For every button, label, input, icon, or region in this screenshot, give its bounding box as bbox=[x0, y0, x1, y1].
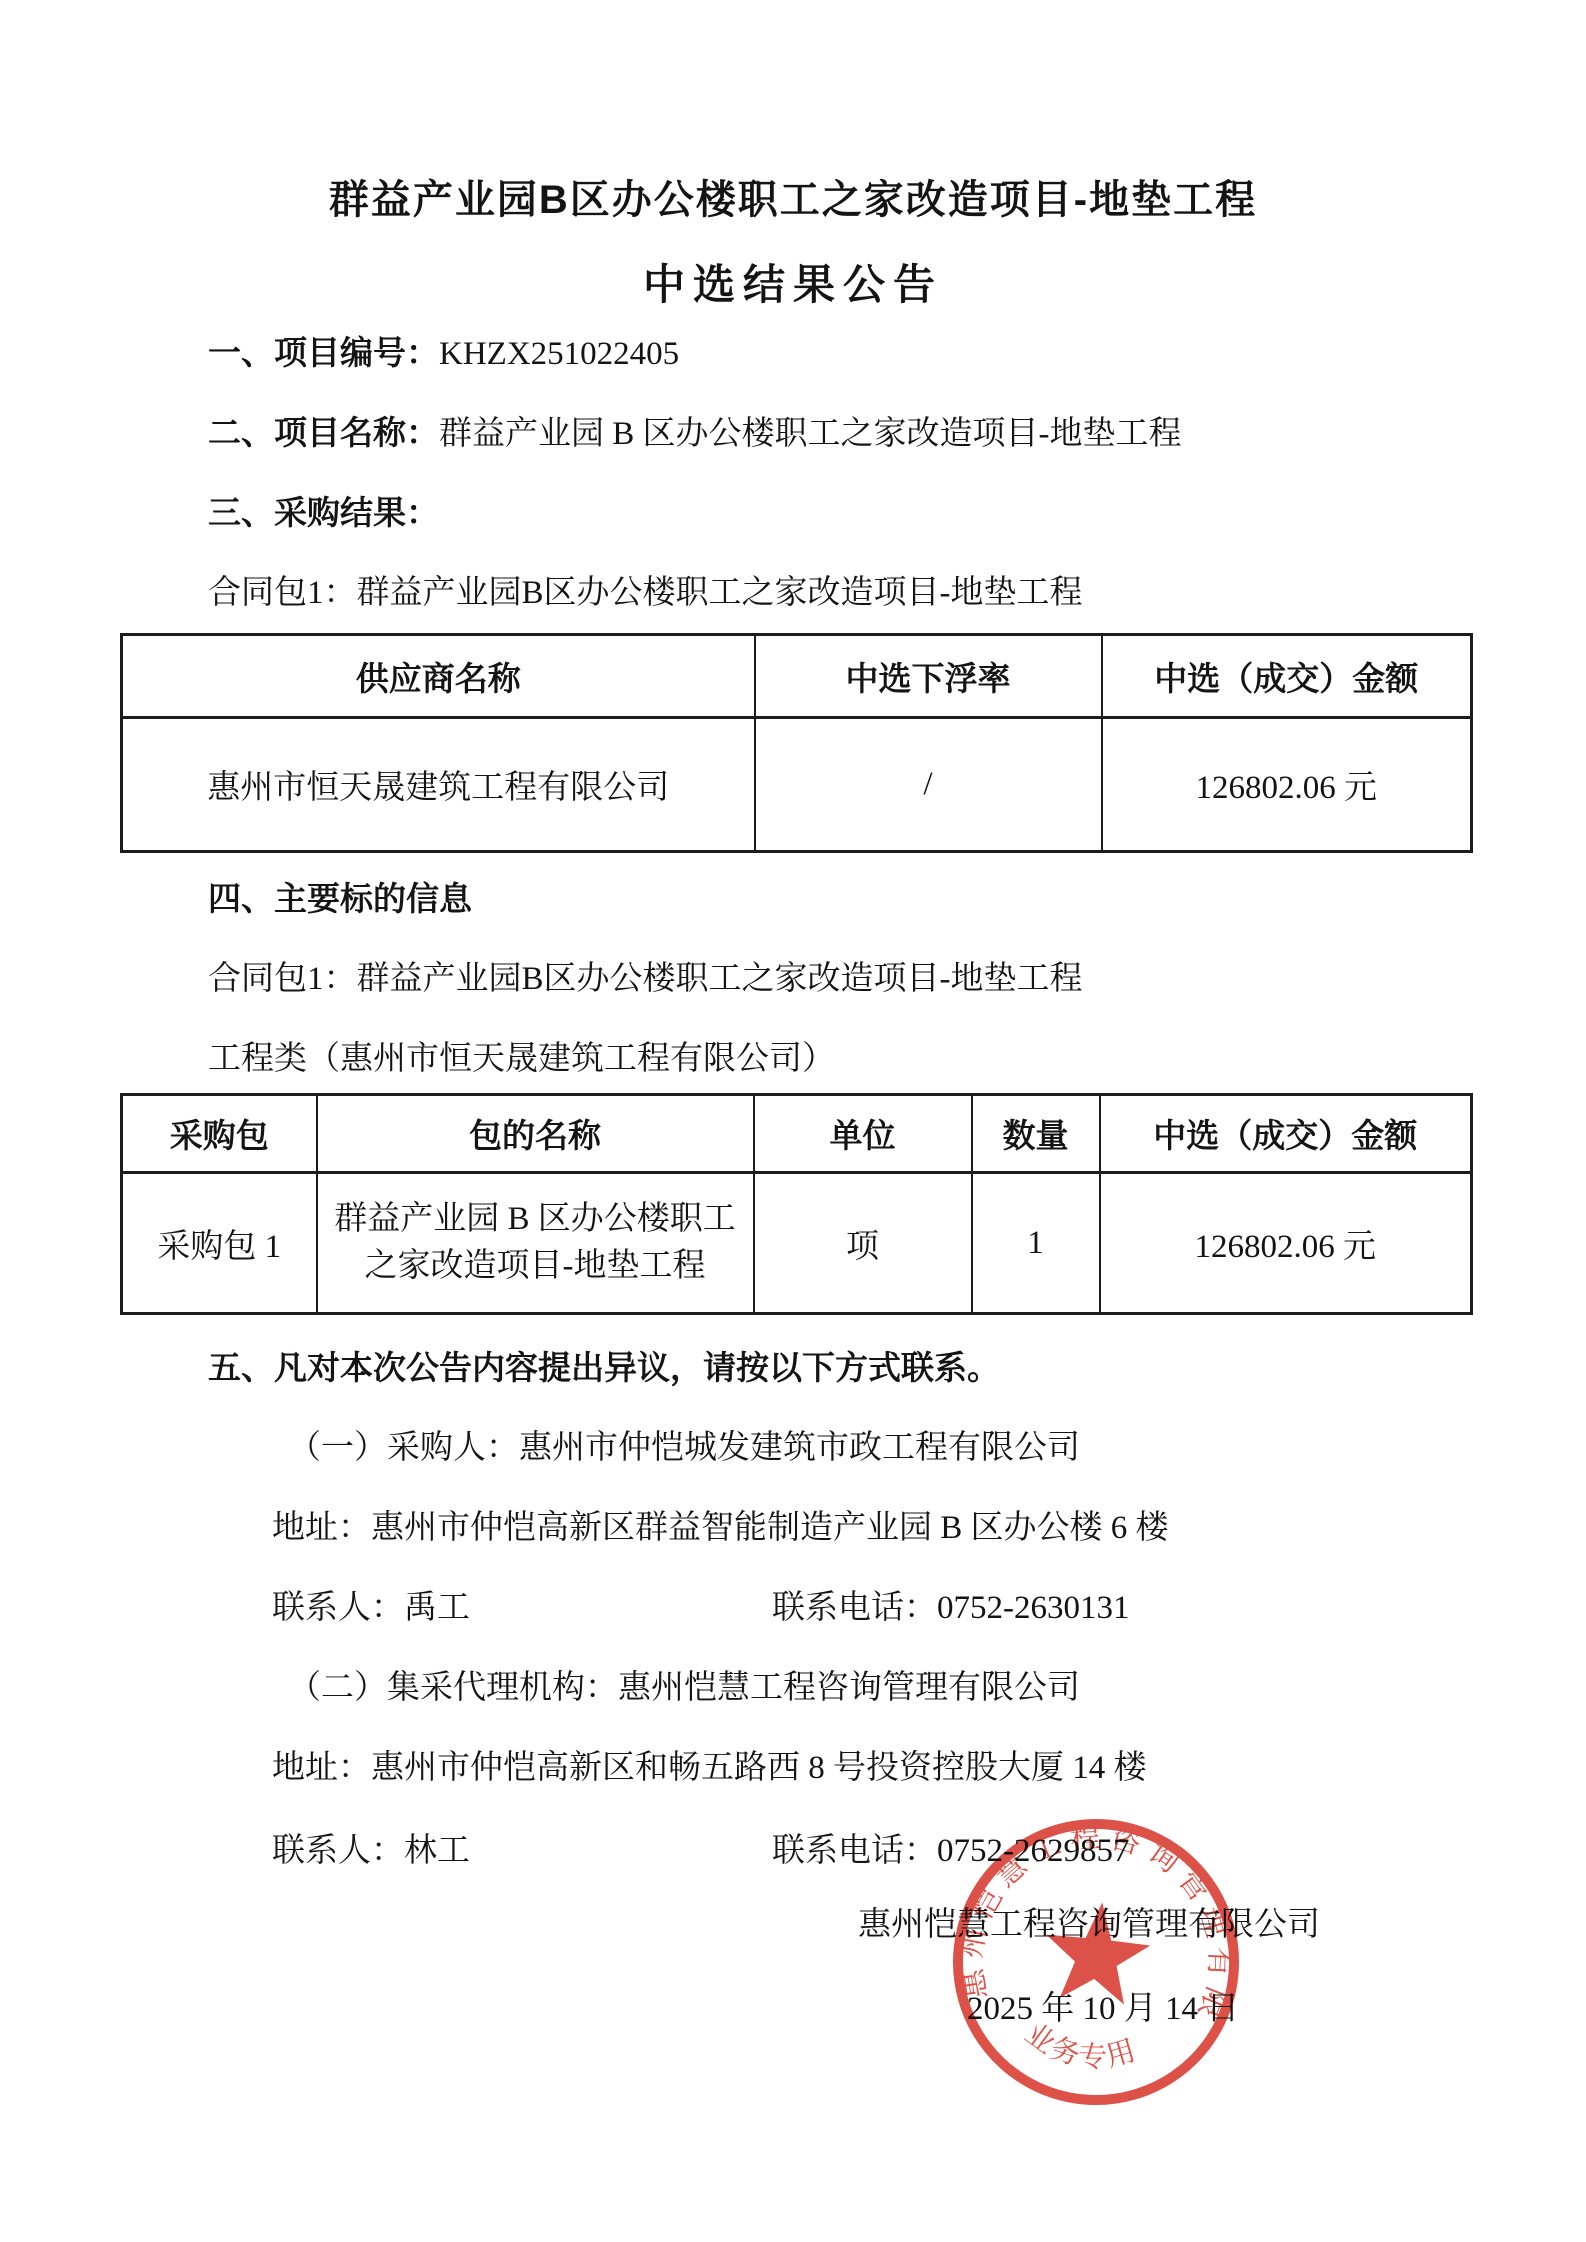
contract-package-line-2: 合同包1：群益产业园B区办公楼职工之家改造项目-地垫工程 bbox=[208, 956, 1083, 1002]
quantity-cell: 1 bbox=[972, 1173, 1100, 1314]
table-row: 惠州市恒天晟建筑工程有限公司 / 126802.06 元 bbox=[122, 718, 1472, 852]
signature-date: 2025 年 10 月 14 日 bbox=[967, 1986, 1239, 2032]
agency-phone: 联系电话：0752-2629857 bbox=[772, 1828, 1130, 1874]
col-unit: 单位 bbox=[754, 1095, 972, 1173]
buyer-phone: 联系电话：0752-2630131 bbox=[772, 1585, 1130, 1631]
agency-contact-person: 联系人：林工 bbox=[272, 1833, 470, 1869]
package-detail-table: 采购包 包的名称 单位 数量 中选（成交）金额 采购包 1 群益产业园 B 区办… bbox=[120, 1093, 1473, 1315]
section-project-name: 二、项目名称：群益产业园 B 区办公楼职工之家改造项目-地垫工程 bbox=[208, 410, 1182, 457]
supplier-name-cell: 惠州市恒天晟建筑工程有限公司 bbox=[122, 718, 755, 852]
col-award-amount: 中选（成交）金额 bbox=[1102, 635, 1472, 718]
announcement-document: 群益产业园B区办公楼职工之家改造项目-地垫工程 中选结果公告 一、项目编号：KH… bbox=[0, 0, 1586, 2242]
supplier-result-table: 供应商名称 中选下浮率 中选（成交）金额 惠州市恒天晟建筑工程有限公司 / 12… bbox=[120, 633, 1473, 853]
agency-address-line: 地址：惠州市仲恺高新区和畅五路西 8 号投资控股大厦 14 楼 bbox=[272, 1745, 1147, 1791]
table-row: 采购包 1 群益产业园 B 区办公楼职工之家改造项目-地垫工程 项 1 1268… bbox=[122, 1173, 1472, 1314]
col-package: 采购包 bbox=[122, 1095, 317, 1173]
section-main-subject-info: 四、主要标的信息 bbox=[208, 876, 472, 922]
contract-package-line-1: 合同包1：群益产业园B区办公楼职工之家改造项目-地垫工程 bbox=[208, 570, 1083, 616]
discount-rate-cell: / bbox=[755, 718, 1102, 852]
buyer-contact-person: 联系人：禹工 bbox=[272, 1590, 470, 1626]
table-header-row: 采购包 包的名称 单位 数量 中选（成交）金额 bbox=[122, 1095, 1472, 1173]
col-award-amount: 中选（成交）金额 bbox=[1100, 1095, 1472, 1173]
section-project-number: 一、项目编号：KHZX251022405 bbox=[208, 330, 679, 377]
amount-cell: 126802.06 元 bbox=[1100, 1173, 1472, 1314]
section-objection-contact: 五、凡对本次公告内容提出异议，请按以下方式联系。 bbox=[208, 1345, 1000, 1391]
col-package-name: 包的名称 bbox=[317, 1095, 754, 1173]
col-supplier-name: 供应商名称 bbox=[122, 635, 755, 718]
package-cell: 采购包 1 bbox=[122, 1173, 317, 1314]
document-title-line2: 中选结果公告 bbox=[0, 252, 1586, 312]
col-quantity: 数量 bbox=[972, 1095, 1100, 1173]
section1-label: 一、项目编号： bbox=[208, 334, 439, 371]
table-header-row: 供应商名称 中选下浮率 中选（成交）金额 bbox=[122, 635, 1472, 718]
agency-contact-line: 联系人：林工 联系电话：0752-2629857 bbox=[272, 1828, 1372, 1874]
document-title-line1: 群益产业园B区办公楼职工之家改造项目-地垫工程 bbox=[0, 168, 1586, 225]
package-name-cell: 群益产业园 B 区办公楼职工之家改造项目-地垫工程 bbox=[317, 1173, 754, 1314]
agency-line: （二）集采代理机构：惠州恺慧工程咨询管理有限公司 bbox=[288, 1665, 1080, 1711]
project-name-value: 群益产业园 B 区办公楼职工之家改造项目-地垫工程 bbox=[439, 416, 1182, 452]
section-procurement-result: 三、采购结果： bbox=[208, 490, 439, 536]
buyer-line: （一）采购人：惠州市仲恺城发建筑市政工程有限公司 bbox=[288, 1425, 1080, 1471]
project-number-value: KHZX251022405 bbox=[439, 336, 679, 372]
col-discount-rate: 中选下浮率 bbox=[755, 635, 1102, 718]
buyer-contact-line: 联系人：禹工 联系电话：0752-2630131 bbox=[272, 1585, 1372, 1631]
signature-company: 惠州恺慧工程咨询管理有限公司 bbox=[858, 1902, 1320, 1948]
category-line: 工程类（惠州市恒天晟建筑工程有限公司） bbox=[208, 1036, 835, 1082]
buyer-address-line: 地址：惠州市仲恺高新区群益智能制造产业园 B 区办公楼 6 楼 bbox=[272, 1505, 1169, 1551]
award-amount-cell: 126802.06 元 bbox=[1102, 718, 1472, 852]
unit-cell: 项 bbox=[754, 1173, 972, 1314]
section2-label: 二、项目名称： bbox=[208, 414, 439, 451]
